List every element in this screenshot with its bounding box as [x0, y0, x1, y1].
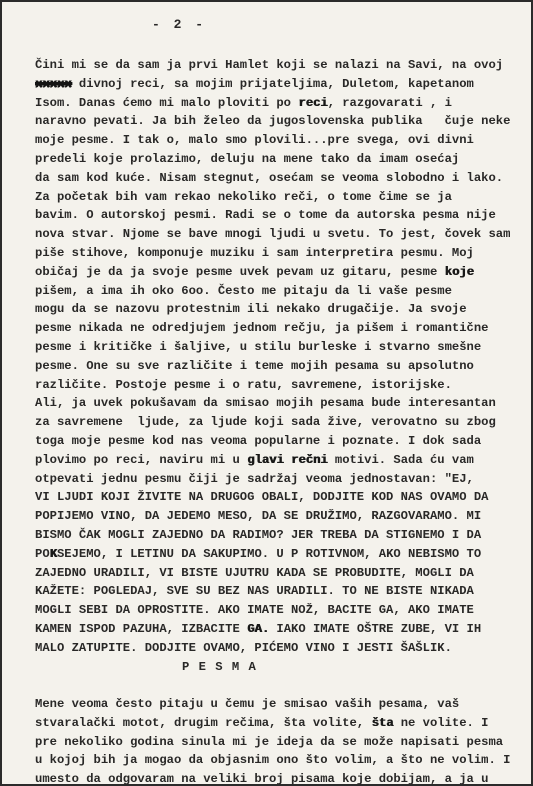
- text-line: za savremene ljude, za ljude koji sada ž…: [35, 413, 531, 432]
- text-line: pesme nikada ne odredjujem jednom rečju,…: [35, 319, 531, 338]
- text-line: POKSEJEMO, I LETINU DA SAKUPIMO. U P ROT…: [35, 545, 531, 564]
- text-line: toga moje pesme kod nas veoma popularne …: [35, 432, 531, 451]
- document-page: - 2 - Čini mi se da sam ja prvi Hamlet k…: [0, 0, 533, 786]
- text-line: predeli koje prolazimo, deluju na mene t…: [35, 150, 531, 169]
- overstruck-word: K: [50, 547, 57, 561]
- overstruck-word: GA.: [247, 622, 269, 636]
- text-line: POPIJEMO VINO, DA JEDEMO MESO, DA SE DRU…: [35, 507, 531, 526]
- text-line: pišem, a ima ih oko 6oo. Često me pitaju…: [35, 282, 531, 301]
- text-line: bavim. O autorskoj pesmi. Radi se o tome…: [35, 206, 531, 225]
- text-line: različite. Postoje pesme i o ratu, savre…: [35, 376, 531, 395]
- text-line: KAŽETE: POGLEDAJ, SVE SU BEZ NAS URADILI…: [35, 582, 531, 601]
- text-line: MALO ZATUPITE. DODJITE OVAMO, PIĆEMO VIN…: [35, 639, 531, 658]
- text-line: da sam kod kuće. Nisam stegnut, osećam s…: [35, 169, 531, 188]
- text-line: Isom. Danas ćemo mi malo ploviti po reci…: [35, 94, 531, 113]
- text-line: piše stihove, komponuje muziku i sam int…: [35, 244, 531, 263]
- text-line: BISMO ČAK MOGLI ZAJEDNO DA RADIMO? JER T…: [35, 526, 531, 545]
- text-line: u kojoj bih ja mogao da objasnim ono što…: [35, 751, 531, 770]
- text-line: pre nekoliko godina sinula mi je ideja d…: [35, 733, 531, 752]
- text-line: otpevati jednu pesmu čiji je sadržaj veo…: [35, 470, 531, 489]
- text-line: Čini mi se da sam ja prvi Hamlet koji se…: [35, 56, 531, 75]
- text-line: KAMEN ISPOD PAZUHA, IZBACITE GA. IAKO IM…: [35, 620, 531, 639]
- text-line: Mene veoma često pitaju u čemu je smisao…: [35, 695, 531, 714]
- text-line: pesme. One su sve različite i teme mojih…: [35, 357, 531, 376]
- text-line: stvaralački motot, drugim rečima, šta vo…: [35, 714, 531, 733]
- text-line: ZAJEDNO URADILI, VI BISTE UJUTRU KADA SE…: [35, 564, 531, 583]
- text-line: umesto da odgovaram na veliki broj pisam…: [35, 770, 531, 786]
- overstruck-word: reci: [298, 96, 327, 110]
- text-line: običaj je da ja svoje pesme uvek pevam u…: [35, 263, 531, 282]
- overstruck-word: šta: [371, 716, 393, 730]
- text-line: nova stvar. Njome se bave mnogi ljudi u …: [35, 225, 531, 244]
- text-line: naravno pevati. Ja bih želeo da jugoslov…: [35, 112, 531, 131]
- text-line: xxxxx divnoj reci, sa mojim prijateljima…: [35, 75, 531, 94]
- text-body: Čini mi se da sam ja prvi Hamlet koji se…: [35, 56, 531, 786]
- overstruck-word: glavi rečni: [247, 453, 327, 467]
- crossed-out-word: xxxxx: [35, 77, 72, 91]
- blank-line: [35, 676, 531, 695]
- text-line: mogu da se nazovu protestnim ili nekako …: [35, 300, 531, 319]
- text-line: pesme i kritičke i šaljive, u stilu burl…: [35, 338, 531, 357]
- text-line: Za početak bih vam rekao nekoliko reči, …: [35, 188, 531, 207]
- text-line: plovimo po reci, naviru mi u glavi rečni…: [35, 451, 531, 470]
- text-line: VI LJUDI KOJI ŽIVITE NA DRUGOG OBALI, DO…: [35, 488, 531, 507]
- text-line: Ali, ja uvek pokušavam da smisao mojih p…: [35, 394, 531, 413]
- overstruck-word: koje: [445, 265, 474, 279]
- text-line: moje pesme. I tak o, malo smo plovili...…: [35, 131, 531, 150]
- section-heading: P E S M A: [35, 658, 531, 677]
- text-line: MOGLI SEBI DA OPROSTITE. AKO IMATE NOŽ, …: [35, 601, 531, 620]
- page-number: - 2 -: [152, 15, 531, 34]
